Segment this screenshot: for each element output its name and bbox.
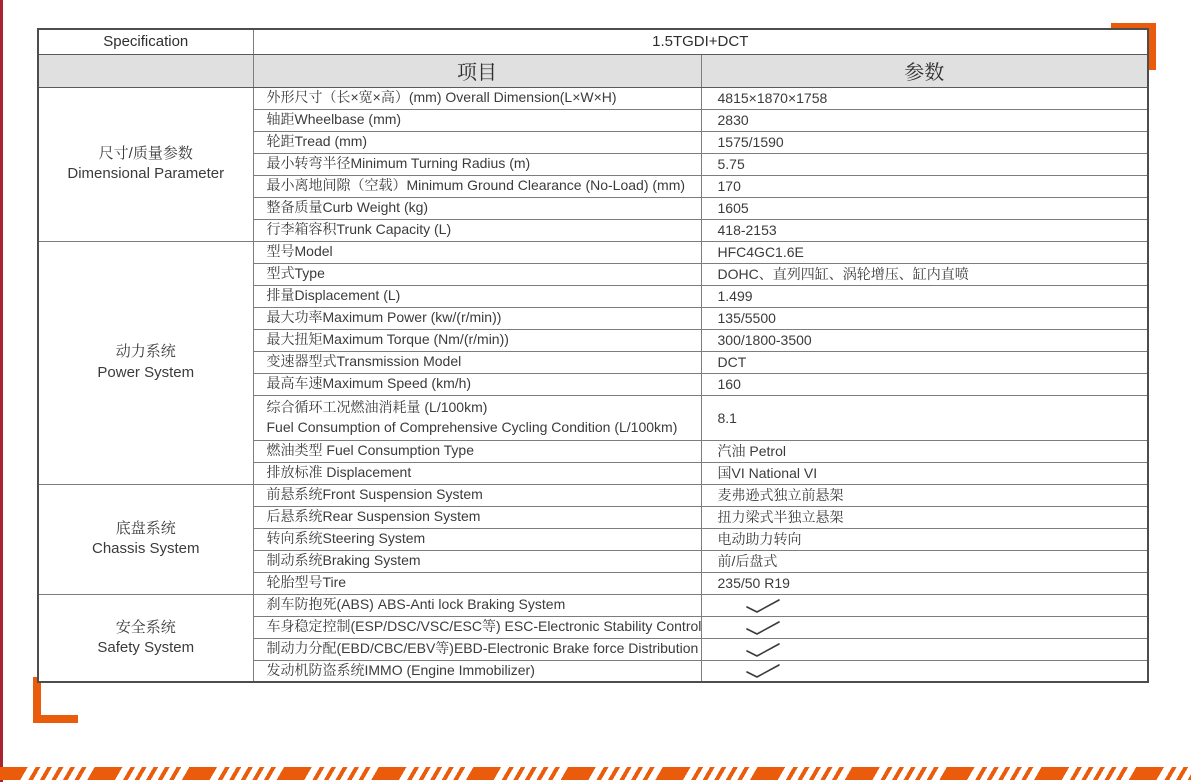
check-icon bbox=[745, 620, 781, 636]
value-cell: 160 bbox=[701, 373, 1148, 395]
item-cell: 轮胎型号Tire bbox=[253, 572, 701, 594]
item-cell: 车身稳定控制(ESP/DSC/VSC/ESC等) ESC-Electronic … bbox=[253, 616, 701, 638]
spec-sheet-page: Specification 1.5TGDI+DCT 项目 参数 尺寸/质量参数D… bbox=[0, 0, 1191, 782]
value-cell bbox=[701, 660, 1148, 682]
value-label: 2830 bbox=[718, 112, 749, 128]
value-cell bbox=[701, 594, 1148, 616]
item-cell: 最小转弯半径Minimum Turning Radius (m) bbox=[253, 153, 701, 175]
table-row: 动力系统Power System型号ModelHFC4GC1.6E bbox=[38, 241, 1148, 263]
value-cell: HFC4GC1.6E bbox=[701, 241, 1148, 263]
specification-header-cell: Specification bbox=[38, 29, 253, 54]
item-label: 型号Model bbox=[267, 242, 695, 262]
item-cell: 外形尺寸（长×宽×高）(mm) Overall Dimension(L×W×H) bbox=[253, 87, 701, 109]
item-cell: 燃油类型 Fuel Consumption Type bbox=[253, 440, 701, 462]
category-name-en: Dimensional Parameter bbox=[39, 164, 253, 184]
diagonal-stripes-decoration bbox=[0, 767, 1191, 780]
category-name-en: Chassis System bbox=[39, 539, 253, 559]
corner-bracket-bottom-left bbox=[33, 677, 78, 723]
item-cell: 最小离地间隙（空载）Minimum Ground Clearance (No-L… bbox=[253, 175, 701, 197]
item-cell: 综合循环工况燃油消耗量 (L/100km)Fuel Consumption of… bbox=[253, 395, 701, 440]
red-vertical-line bbox=[0, 0, 3, 782]
param-column-header: 参数 bbox=[701, 54, 1148, 87]
item-cell: 排放标准 Displacement bbox=[253, 462, 701, 484]
value-cell: 扭力梁式半独立悬架 bbox=[701, 506, 1148, 528]
table-row: 安全系统Safety System刹车防抱死(ABS) ABS-Anti loc… bbox=[38, 594, 1148, 616]
item-cell: 行李箱容积Trunk Capacity (L) bbox=[253, 219, 701, 241]
value-label: 前/后盘式 bbox=[718, 553, 778, 569]
item-cell: 最大功率Maximum Power (kw/(r/min)) bbox=[253, 307, 701, 329]
item-label: 型式Type bbox=[267, 264, 695, 284]
check-icon bbox=[745, 598, 781, 614]
item-label: 最小转弯半径Minimum Turning Radius (m) bbox=[267, 154, 695, 174]
value-cell: 4815×1870×1758 bbox=[701, 87, 1148, 109]
item-label: 制动力分配(EBD/CBC/EBV等)EBD-Electronic Brake … bbox=[267, 639, 695, 659]
value-label: 300/1800-3500 bbox=[718, 332, 812, 348]
item-column-header: 项目 bbox=[253, 54, 701, 87]
item-cell: 排量Displacement (L) bbox=[253, 285, 701, 307]
value-label: DOHC、直列四缸、涡轮增压、缸内直喷 bbox=[718, 266, 969, 282]
spec-table-body: 尺寸/质量参数Dimensional Parameter外形尺寸（长×宽×高）(… bbox=[38, 87, 1148, 682]
item-label: 发动机防盗系统IMMO (Engine Immobilizer) bbox=[267, 661, 695, 681]
item-cell: 转向系统Steering System bbox=[253, 528, 701, 550]
value-cell: 前/后盘式 bbox=[701, 550, 1148, 572]
item-label: 制动系统Braking System bbox=[267, 551, 695, 571]
value-cell bbox=[701, 638, 1148, 660]
item-cell: 型式Type bbox=[253, 263, 701, 285]
value-label: 8.1 bbox=[718, 410, 737, 426]
item-cell: 刹车防抱死(ABS) ABS-Anti lock Braking System bbox=[253, 594, 701, 616]
item-label: 轴距Wheelbase (mm) bbox=[267, 110, 695, 130]
item-label: 后悬系统Rear Suspension System bbox=[267, 507, 695, 527]
value-label: 235/50 R19 bbox=[718, 575, 790, 591]
item-label: 最大扭矩Maximum Torque (Nm/(r/min)) bbox=[267, 330, 695, 350]
value-cell: 418-2153 bbox=[701, 219, 1148, 241]
item-label: 轮距Tread (mm) bbox=[267, 132, 695, 152]
item-label: 排放标准 Displacement bbox=[267, 463, 695, 483]
value-cell: 5.75 bbox=[701, 153, 1148, 175]
variant-header-cell: 1.5TGDI+DCT bbox=[253, 29, 1148, 54]
header-row-columns: 项目 参数 bbox=[38, 54, 1148, 87]
table-row: 尺寸/质量参数Dimensional Parameter外形尺寸（长×宽×高）(… bbox=[38, 87, 1148, 109]
category-name-en: Safety System bbox=[39, 638, 253, 658]
category-name-cn: 安全系统 bbox=[39, 618, 253, 638]
header-row-variant: Specification 1.5TGDI+DCT bbox=[38, 29, 1148, 54]
value-cell: 1605 bbox=[701, 197, 1148, 219]
value-cell: 1.499 bbox=[701, 285, 1148, 307]
value-label: 418-2153 bbox=[718, 222, 777, 238]
value-cell: DCT bbox=[701, 351, 1148, 373]
value-label: 1575/1590 bbox=[718, 134, 784, 150]
value-label: 4815×1870×1758 bbox=[718, 90, 828, 106]
value-cell: 170 bbox=[701, 175, 1148, 197]
item-label: 外形尺寸（长×宽×高）(mm) Overall Dimension(L×W×H) bbox=[267, 88, 695, 108]
item-label: 最高车速Maximum Speed (km/h) bbox=[267, 374, 695, 394]
item-cell: 轮距Tread (mm) bbox=[253, 131, 701, 153]
value-label: 扭力梁式半独立悬架 bbox=[718, 509, 844, 525]
category-name-cn: 尺寸/质量参数 bbox=[39, 144, 253, 164]
item-label: 变速器型式Transmission Model bbox=[267, 352, 695, 372]
value-label: 国VI National VI bbox=[718, 465, 818, 481]
item-cell: 整备质量Curb Weight (kg) bbox=[253, 197, 701, 219]
category-cell: 底盘系统Chassis System bbox=[38, 484, 253, 594]
value-cell: 300/1800-3500 bbox=[701, 329, 1148, 351]
item-cell: 变速器型式Transmission Model bbox=[253, 351, 701, 373]
value-cell: DOHC、直列四缸、涡轮增压、缸内直喷 bbox=[701, 263, 1148, 285]
item-cell: 发动机防盗系统IMMO (Engine Immobilizer) bbox=[253, 660, 701, 682]
value-label: 5.75 bbox=[718, 156, 745, 172]
value-cell: 汽油 Petrol bbox=[701, 440, 1148, 462]
category-cell: 安全系统Safety System bbox=[38, 594, 253, 682]
value-label: 汽油 Petrol bbox=[718, 443, 786, 459]
value-cell: 2830 bbox=[701, 109, 1148, 131]
item-cell: 最高车速Maximum Speed (km/h) bbox=[253, 373, 701, 395]
value-label: 160 bbox=[718, 376, 741, 392]
category-name-cn: 动力系统 bbox=[39, 342, 253, 362]
value-label: 电动助力转向 bbox=[718, 531, 802, 547]
value-cell: 1575/1590 bbox=[701, 131, 1148, 153]
item-label: 排量Displacement (L) bbox=[267, 286, 695, 306]
check-icon bbox=[745, 642, 781, 658]
item-label-line2: Fuel Consumption of Comprehensive Cyclin… bbox=[267, 418, 695, 438]
item-label: 行李箱容积Trunk Capacity (L) bbox=[267, 220, 695, 240]
check-icon bbox=[745, 663, 781, 679]
category-cell: 动力系统Power System bbox=[38, 241, 253, 484]
item-label: 整备质量Curb Weight (kg) bbox=[267, 198, 695, 218]
value-cell: 麦弗逊式独立前悬架 bbox=[701, 484, 1148, 506]
value-cell: 235/50 R19 bbox=[701, 572, 1148, 594]
value-cell: 135/5500 bbox=[701, 307, 1148, 329]
value-cell: 8.1 bbox=[701, 395, 1148, 440]
item-label: 轮胎型号Tire bbox=[267, 573, 695, 593]
value-label: 170 bbox=[718, 178, 741, 194]
category-name-en: Power System bbox=[39, 363, 253, 383]
item-cell: 轴距Wheelbase (mm) bbox=[253, 109, 701, 131]
value-label: 135/5500 bbox=[718, 310, 776, 326]
spec-table: Specification 1.5TGDI+DCT 项目 参数 尺寸/质量参数D… bbox=[37, 28, 1149, 683]
value-cell bbox=[701, 616, 1148, 638]
item-label: 转向系统Steering System bbox=[267, 529, 695, 549]
value-label: 麦弗逊式独立前悬架 bbox=[718, 487, 844, 503]
item-cell: 前悬系统Front Suspension System bbox=[253, 484, 701, 506]
value-label: 1605 bbox=[718, 200, 749, 216]
item-cell: 型号Model bbox=[253, 241, 701, 263]
item-label: 最小离地间隙（空载）Minimum Ground Clearance (No-L… bbox=[267, 176, 695, 196]
category-cell: 尺寸/质量参数Dimensional Parameter bbox=[38, 87, 253, 241]
table-row: 底盘系统Chassis System前悬系统Front Suspension S… bbox=[38, 484, 1148, 506]
item-label: 燃油类型 Fuel Consumption Type bbox=[267, 441, 695, 461]
item-label: 最大功率Maximum Power (kw/(r/min)) bbox=[267, 308, 695, 328]
item-label: 综合循环工况燃油消耗量 (L/100km) bbox=[267, 398, 695, 418]
item-label: 前悬系统Front Suspension System bbox=[267, 485, 695, 505]
item-label: 车身稳定控制(ESP/DSC/VSC/ESC等) ESC-Electronic … bbox=[267, 617, 695, 637]
item-cell: 后悬系统Rear Suspension System bbox=[253, 506, 701, 528]
value-cell: 电动助力转向 bbox=[701, 528, 1148, 550]
item-cell: 制动系统Braking System bbox=[253, 550, 701, 572]
empty-header-cell bbox=[38, 54, 253, 87]
value-label: DCT bbox=[718, 354, 747, 370]
value-label: HFC4GC1.6E bbox=[718, 244, 804, 260]
item-cell: 制动力分配(EBD/CBC/EBV等)EBD-Electronic Brake … bbox=[253, 638, 701, 660]
item-label: 刹车防抱死(ABS) ABS-Anti lock Braking System bbox=[267, 595, 695, 615]
category-name-cn: 底盘系统 bbox=[39, 519, 253, 539]
value-label: 1.499 bbox=[718, 288, 753, 304]
item-cell: 最大扭矩Maximum Torque (Nm/(r/min)) bbox=[253, 329, 701, 351]
value-cell: 国VI National VI bbox=[701, 462, 1148, 484]
